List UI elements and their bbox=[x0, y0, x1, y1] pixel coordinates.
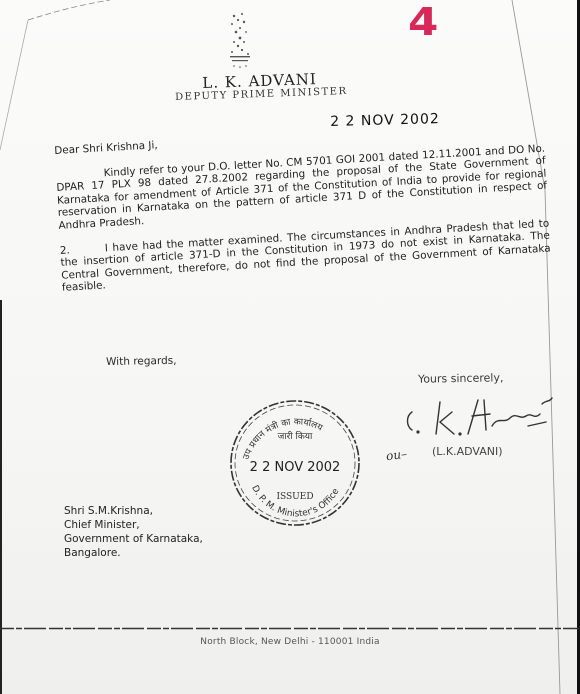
national-emblem-icon bbox=[220, 10, 260, 72]
addressee-line: Shri S.M.Krishna, bbox=[64, 504, 203, 518]
paragraph-1: Kindly refer to your D.O. letter No. CM … bbox=[55, 142, 548, 232]
addressee-block: Shri S.M.Krishna, Chief Minister, Govern… bbox=[64, 504, 203, 560]
seal-issued-text: ISSUED bbox=[276, 492, 313, 502]
handwritten-initials: ou– bbox=[385, 447, 408, 464]
letterhead-title: DEPUTY PRIME MINISTER bbox=[175, 86, 348, 103]
footer-divider bbox=[0, 627, 580, 630]
paragraph-1-text: Kindly refer to your D.O. letter No. CM … bbox=[56, 142, 547, 232]
seal-date: 2 2 NOV 2002 bbox=[250, 460, 341, 475]
addressee-line: Government of Karnataka, bbox=[64, 532, 203, 546]
regards: With regards, bbox=[106, 355, 177, 368]
closing: Yours sincerely, bbox=[418, 371, 504, 385]
scan-border-left bbox=[0, 300, 2, 694]
paragraph-2: 2.I have had the matter examined. The ci… bbox=[60, 217, 552, 295]
addressee-line: Bangalore. bbox=[64, 546, 203, 560]
paragraph-indent bbox=[56, 176, 104, 179]
paragraph-2-text: I have had the matter examined. The circ… bbox=[60, 217, 551, 294]
footer-address: North Block, New Delhi - 110001 India bbox=[0, 637, 580, 647]
signatory-name: (L.K.ADVANI) bbox=[432, 445, 503, 458]
letter-body: Dear Shri Krishna Ji, Kindly refer to yo… bbox=[54, 118, 552, 307]
signature: L.K.Advani bbox=[400, 390, 560, 440]
office-seal-stamp: उप प्रधान मंत्री का कार्यालय जारी किया 2… bbox=[225, 395, 365, 530]
paper-edge-lines bbox=[0, 0, 580, 694]
seal-middle-text: जारी किया bbox=[278, 430, 313, 442]
letter-page: 4 L. K. ADVANI DEPUTY PRIME MINISTER 2 2… bbox=[0, 0, 580, 694]
page-number-annotation: 4 bbox=[408, 0, 438, 44]
addressee-line: Chief Minister, bbox=[64, 518, 203, 532]
